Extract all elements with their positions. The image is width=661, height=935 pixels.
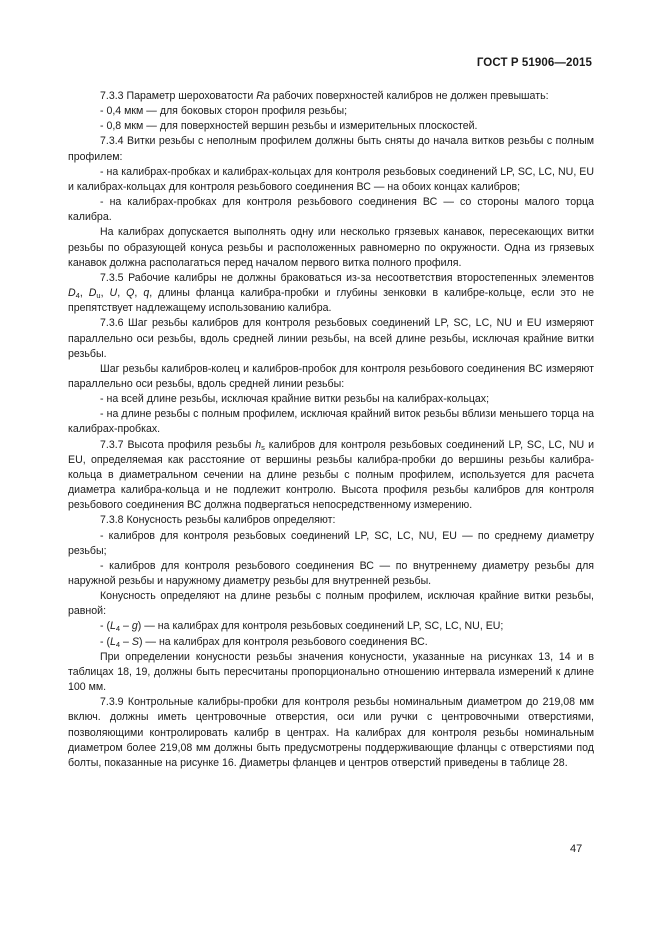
paragraph-p18: - (L4 – g) — на калибрах для контроля ре… <box>68 619 594 634</box>
paragraph-p9: 7.3.6 Шаг резьбы калибров для контроля р… <box>68 316 594 361</box>
paragraph-p6: - на калибрах-пробках для контроля резьб… <box>68 195 594 225</box>
paragraph-p13: 7.3.7 Высота профиля резьбы hs калибров … <box>68 438 594 514</box>
paragraph-p8: 7.3.5 Рабочие калибры не должны браковат… <box>68 271 594 316</box>
paragraph-p20: При определении конусности резьбы значен… <box>68 650 594 695</box>
paragraph-p7: На калибрах допускается выполнять одну и… <box>68 225 594 270</box>
paragraph-p15: - калибров для контроля резьбовых соедин… <box>68 529 594 559</box>
paragraph-p5: - на калибрах-пробках и калибрах-кольцах… <box>68 165 594 195</box>
paragraph-p21: 7.3.9 Контрольные калибры-пробки для кон… <box>68 695 594 771</box>
document-body: 7.3.3 Параметр шероховатости Ra рабочих … <box>68 89 594 771</box>
paragraph-p14: 7.3.8 Конусность резьбы калибров определ… <box>68 513 594 528</box>
paragraph-p16: - калибров для контроля резьбового соеди… <box>68 559 594 589</box>
paragraph-p2: - 0,4 мкм — для боковых сторон профиля р… <box>68 104 594 119</box>
paragraph-p4: 7.3.4 Витки резьбы с неполным профилем д… <box>68 134 594 164</box>
paragraph-p1: 7.3.3 Параметр шероховатости Ra рабочих … <box>68 89 594 104</box>
paragraph-p10: Шаг резьбы калибров-колец и калибров-про… <box>68 362 594 392</box>
paragraph-p3: - 0,8 мкм — для поверхностей вершин резь… <box>68 119 594 134</box>
document-standard-id: ГОСТ Р 51906—2015 <box>477 57 592 69</box>
paragraph-p17: Конусность определяют на длине резьбы с … <box>68 589 594 619</box>
paragraph-p12: - на длине резьбы с полным профилем, иск… <box>68 407 594 437</box>
paragraph-p11: - на всей длине резьбы, исключая крайние… <box>68 392 594 407</box>
page-number: 47 <box>570 843 582 855</box>
paragraph-p19: - (L4 – S) — на калибрах для контроля ре… <box>68 635 594 650</box>
